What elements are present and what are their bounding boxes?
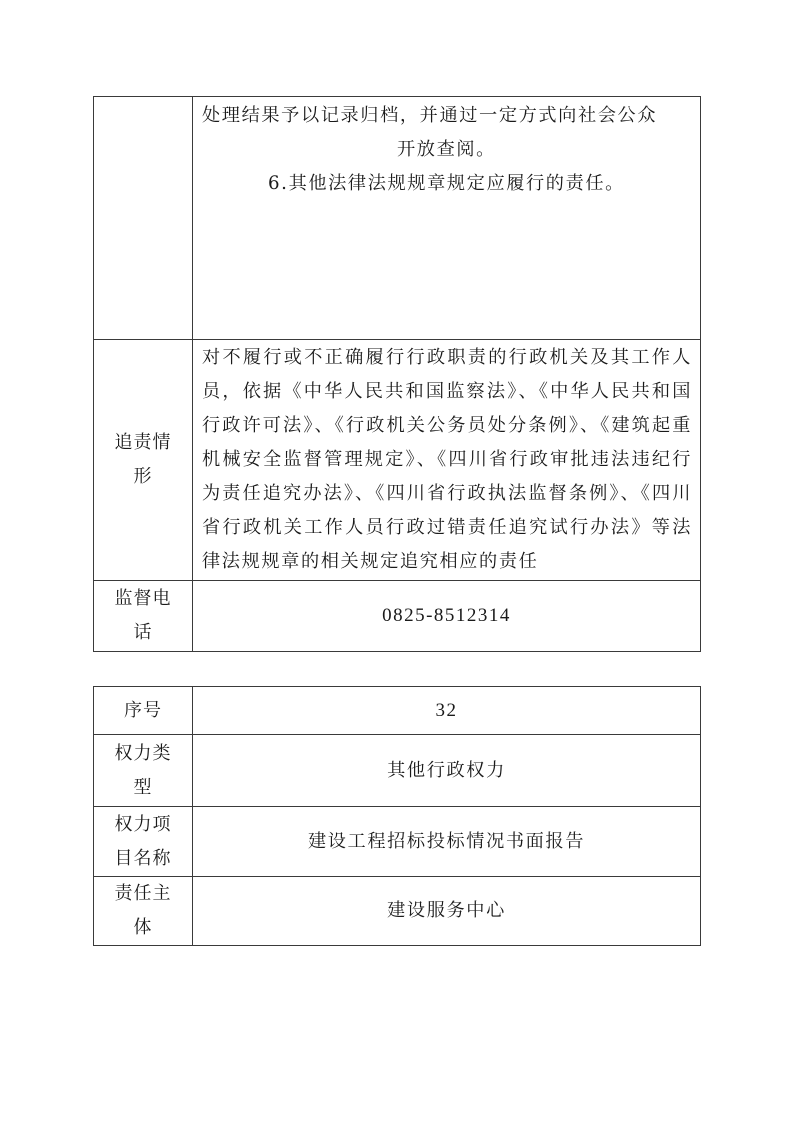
- duties-line-3: 6.其他法律法规规章规定应履行的责任。: [193, 167, 700, 201]
- item-value-cell: 建设工程招标投标情况书面报告: [193, 807, 701, 877]
- accountability-row: 追责情形 对不履行或不正确履行行政职责的行政机关及其工作人员，依据《中华人民共和…: [94, 340, 701, 581]
- supervision-phone-row: 监督电话 0825-8512314: [94, 581, 701, 652]
- phone-value: 0825-8512314: [382, 605, 511, 626]
- subject-label: 责任主体: [110, 877, 176, 945]
- subject-label-cell: 责任主体: [94, 877, 193, 946]
- item-label: 权力项目名称: [110, 808, 176, 876]
- type-value: 其他行政权力: [193, 754, 700, 788]
- accountability-text: 对不履行或不正确履行行政职责的行政机关及其工作人员，依据《中华人民共和国监察法》…: [193, 341, 700, 579]
- subject-value-cell: 建设服务中心: [193, 877, 701, 946]
- power-item-name-row: 权力项目名称 建设工程招标投标情况书面报告: [94, 807, 701, 877]
- serial-label: 序号: [110, 694, 176, 728]
- type-value-cell: 其他行政权力: [193, 735, 701, 807]
- serial-value-cell: 32: [193, 687, 701, 735]
- accountability-label: 追责情形: [110, 426, 176, 494]
- serial-number-row: 序号 32: [94, 687, 701, 735]
- duties-line-2: 开放查阅。: [193, 133, 700, 167]
- accountability-value-cell: 对不履行或不正确履行行政职责的行政机关及其工作人员，依据《中华人民共和国监察法》…: [193, 340, 701, 581]
- phone-value-cell: 0825-8512314: [193, 581, 701, 652]
- serial-label-cell: 序号: [94, 687, 193, 735]
- responsible-subject-row: 责任主体 建设服务中心: [94, 877, 701, 946]
- phone-label: 监督电话: [110, 582, 176, 650]
- power-item-32-table: 序号 32 权力类型 其他行政权力 权力项目名称 建设工程招标投标情况书面报告 …: [93, 686, 701, 946]
- power-list-table-continued: 处理结果予以记录归档，并通过一定方式向社会公众 开放查阅。 6.其他法律法规规章…: [93, 96, 701, 652]
- type-label-cell: 权力类型: [94, 735, 193, 807]
- duties-label-cell: [94, 97, 193, 340]
- serial-value: 32: [436, 700, 458, 721]
- phone-label-cell: 监督电话: [94, 581, 193, 652]
- subject-value: 建设服务中心: [193, 894, 700, 928]
- item-value: 建设工程招标投标情况书面报告: [193, 825, 700, 859]
- duties-line-1: 处理结果予以记录归档，并通过一定方式向社会公众: [193, 99, 700, 133]
- item-label-cell: 权力项目名称: [94, 807, 193, 877]
- duties-value-cell: 处理结果予以记录归档，并通过一定方式向社会公众 开放查阅。 6.其他法律法规规章…: [193, 97, 701, 340]
- accountability-label-cell: 追责情形: [94, 340, 193, 581]
- type-label: 权力类型: [110, 737, 176, 805]
- power-type-row: 权力类型 其他行政权力: [94, 735, 701, 807]
- duties-row: 处理结果予以记录归档，并通过一定方式向社会公众 开放查阅。 6.其他法律法规规章…: [94, 97, 701, 340]
